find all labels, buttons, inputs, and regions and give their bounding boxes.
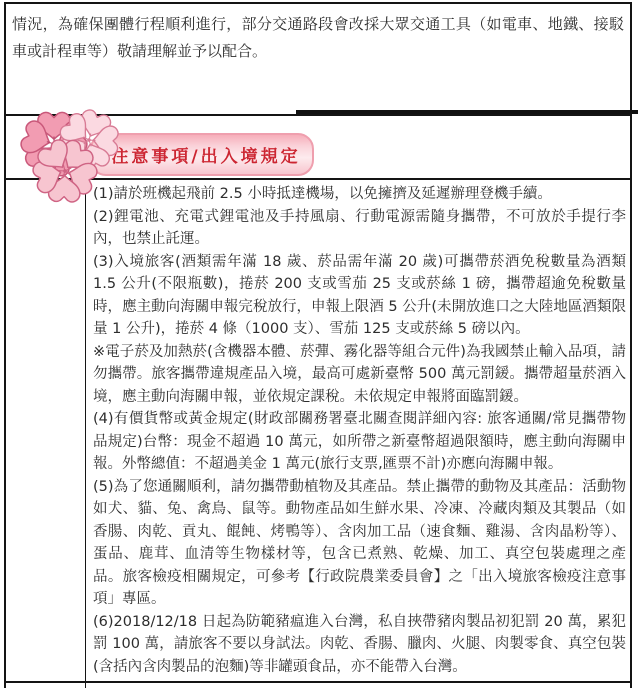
regulation-item: (4)有價貨幣或黃金規定(財政部關務署臺北關查閱詳細內容: 旅客通關/常見攜帶物…: [93, 408, 626, 476]
regulation-item: (1)請於班機起飛前 2.5 小時抵達機場，以免擁擠及延遲辦理登機手續。: [93, 183, 626, 206]
regulation-item: (3)入境旅客(酒類需年滿 18 歲、菸品需年滿 20 歲)可攜帶菸酒免稅數量為…: [93, 251, 626, 341]
regulation-item: (5)為了您通關順利，請勿攜帶動植物及其產品。禁止攜帶的動物及其產品：活動物如犬…: [93, 476, 626, 611]
section-title-badge: 注意事項/出入境規定: [90, 133, 314, 176]
section-title: 注意事項/出入境規定: [103, 142, 300, 167]
sakura-flower-icon: [32, 138, 98, 204]
regulation-item: (6)2018/12/18 日起為防範豬瘟進入台灣，私自挾帶豬肉製品初犯罰 20…: [93, 611, 626, 679]
empty-cell: [86, 683, 630, 688]
transport-note-cell: 情況，為確保團體行程順利進行，部分交通路段會改採大眾交通工具（如電車、地鐵、接駁…: [6, 4, 630, 116]
section-header-band: 注意事項/出入境規定: [6, 116, 630, 180]
regulation-item: ※電子菸及加熱菸(含機器本體、菸彈、霧化器等組合元件)為我國禁止輸入品項，請勿攜…: [93, 341, 626, 409]
next-row-stub: [6, 683, 630, 688]
itinerary-table: 情況，為確保團體行程順利進行，部分交通路段會改採大眾交通工具（如電車、地鐵、接駁…: [4, 2, 632, 688]
regulations-cell: (1)請於班機起飛前 2.5 小時抵達機場，以免擁擠及延遲辦理登機手續。 (2)…: [86, 180, 630, 681]
regulation-item: (2)鋰電池、充電式鋰電池及手持風扇、行動電源需隨身攜帶，不可放於手提行李內，也…: [93, 206, 626, 251]
empty-label-cell: [6, 180, 86, 681]
empty-label-cell: [6, 683, 86, 688]
regulations-row: (1)請於班機起飛前 2.5 小時抵達機場，以免擁擠及延遲辦理登機手續。 (2)…: [6, 180, 630, 683]
document-page: 情況，為確保團體行程順利進行，部分交通路段會改採大眾交通工具（如電車、地鐵、接駁…: [0, 0, 638, 688]
thick-border-segment: [296, 110, 638, 114]
transport-note-text: 情況，為確保團體行程順利進行，部分交通路段會改採大眾交通工具（如電車、地鐵、接駁…: [12, 11, 624, 65]
